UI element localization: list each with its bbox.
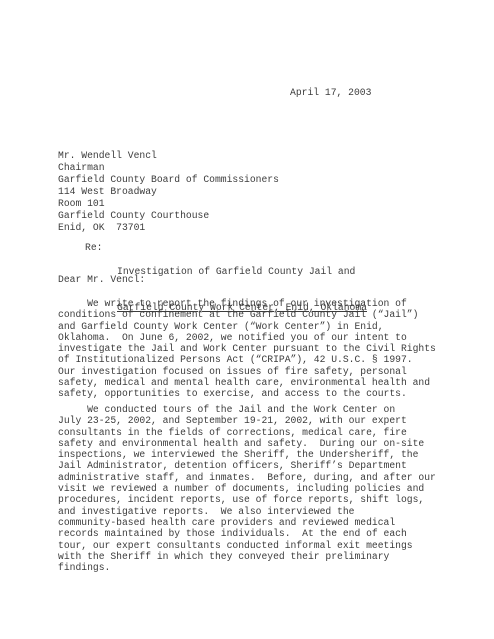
- re-subject-line-1: Investigation of Garfield County Jail an…: [117, 266, 367, 278]
- body-paragraph-2: We conducted tours of the Jail and the W…: [58, 404, 436, 573]
- recipient-address-block: Mr. Wendell Vencl Chairman Garfield Coun…: [58, 150, 279, 234]
- body-paragraph-1: We write to report the findings of our i…: [58, 298, 436, 400]
- letter-page: April 17, 2003 Mr. Wendell Vencl Chairma…: [0, 0, 494, 639]
- re-label: Re:: [85, 242, 102, 254]
- letter-date: April 17, 2003: [290, 87, 371, 99]
- salutation: Dear Mr. Vencl:: [58, 274, 145, 286]
